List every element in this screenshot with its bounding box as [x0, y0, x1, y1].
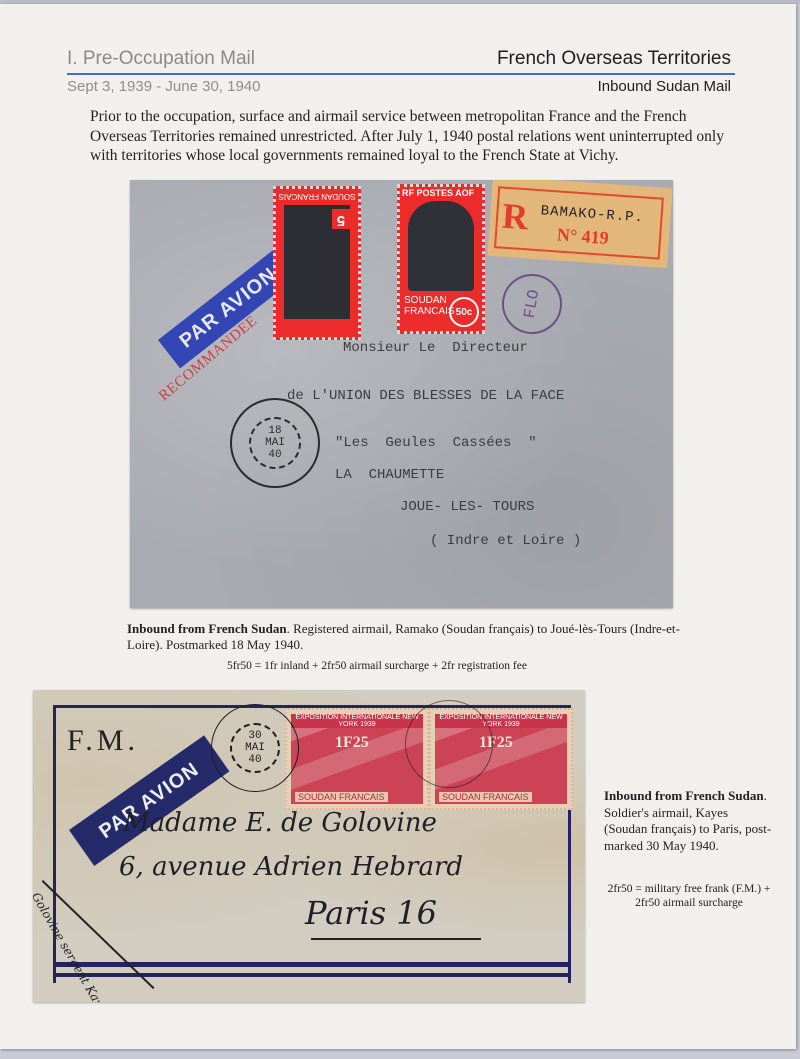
header-rule	[67, 73, 735, 75]
registration-letter: R	[501, 195, 530, 239]
cover2-caption: Inbound from French Sudan. Soldier's air…	[604, 788, 774, 854]
collection-title: French Overseas Territories	[497, 48, 731, 70]
album-page: I. Pre-Occupation Mail French Overseas T…	[0, 4, 796, 1049]
postmark-day: 18	[268, 425, 281, 437]
address-line: ( Indre et Loire )	[430, 533, 581, 549]
stamp-value: 50c	[449, 297, 479, 327]
kayes-avion-postmark-2	[405, 700, 493, 788]
kayes-avion-postmark: 30 MAI 40	[211, 704, 299, 792]
registration-number: N° 419	[556, 224, 609, 249]
caption-heading: Inbound from French Sudan	[604, 788, 764, 803]
address-line: JOUE- LES- TOURS	[400, 499, 534, 515]
franchise-militaire-mark: F.M.	[67, 724, 139, 758]
caption-heading: Inbound from French Sudan	[127, 621, 287, 636]
bamako-postmark: 18 MAI 40	[230, 398, 320, 488]
registration-label: R BAMAKO-R.P. N° 419	[487, 180, 672, 268]
postmark-year: 40	[248, 754, 261, 766]
cover-soldiers-airmail-kayes: F.M. PAR AVION EXPOSITION INTERNATIONALE…	[33, 690, 585, 1002]
address-line: Madame E. de Golovine	[123, 808, 437, 838]
address-line: LA CHAUMETTE	[335, 467, 444, 483]
stamp-top-text: RF POSTES AOF	[402, 188, 474, 198]
stamp-country: SOUDAN FRANCAIS	[439, 792, 532, 802]
postmark-day: 30	[248, 730, 261, 742]
date-range: Sept 3, 1939 - June 30, 1940	[67, 78, 260, 95]
address-line: 6, avenue Adrien Hebrard	[119, 852, 463, 882]
stamp-value: 5	[332, 209, 350, 229]
address-line: de L'UNION DES BLESSES DE LA FACE	[287, 388, 564, 404]
postmark-month: MAI	[265, 437, 285, 449]
address-line: Monsieur Le Directeur	[343, 340, 528, 356]
address-underline	[311, 938, 481, 940]
section-title: I. Pre-Occupation Mail	[67, 48, 255, 70]
circular-fo-handstamp: FLO	[497, 269, 567, 339]
stamp-value: 1F25	[335, 736, 369, 750]
cover1-caption: Inbound from French Sudan. Registered ai…	[127, 621, 697, 653]
stamp-vignette	[408, 201, 474, 291]
page-subtitle: Inbound Sudan Mail	[598, 78, 731, 95]
postmark-month: MAI	[245, 742, 265, 754]
intro-paragraph: Prior to the occupation, surface and air…	[90, 107, 740, 166]
stamp-header: EXPOSITION INTERNATIONALE NEW YORK 1939	[291, 714, 423, 728]
cover-registered-airmail-bamako: RECOMMANDEE PAR AVION SOUDAN FRANCAIS 5 …	[130, 180, 673, 608]
stamp-5fr-inverted: SOUDAN FRANCAIS 5	[273, 186, 361, 340]
stamp-50c: RF POSTES AOF SOUDAN FRANCAIS 50c	[397, 184, 485, 334]
address-line: Paris 16	[305, 894, 437, 932]
stamp-country: SOUDAN FRANCAIS	[295, 792, 388, 802]
stamp-country: SOUDAN FRANCAIS	[276, 192, 358, 201]
address-line: "Les Geules Cassées "	[335, 435, 537, 451]
cover1-rate-formula: 5fr50 = 1fr inland + 2fr50 airmail surch…	[227, 660, 527, 672]
cover2-rate-formula: 2fr50 = military free frank (F.M.) + 2fr…	[604, 882, 774, 910]
postmark-year: 40	[268, 449, 281, 461]
